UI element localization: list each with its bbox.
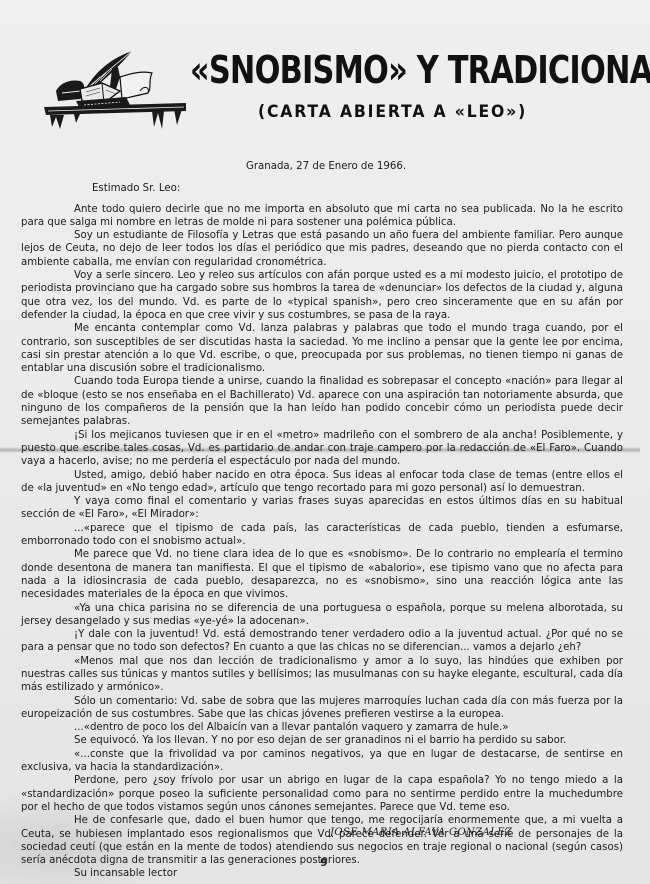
paragraph: Y vaya como final el comentario y varias…: [21, 495, 623, 522]
article-header: «SNOBISMO» Y TRADICIONALISMO (CARTA ABIE…: [40, 42, 640, 132]
quote-paragraph: «Menos mal que nos dan lección de tradic…: [21, 655, 623, 695]
letter-closing: Su incansable lector: [74, 867, 623, 880]
paragraph: Voy a serle sincero. Leo y releo sus art…: [21, 269, 623, 322]
quote-paragraph: «Ya una chica parisina no se diferencia …: [21, 602, 623, 629]
paragraph: Me encanta contemplar como Vd. lanza pal…: [21, 322, 623, 375]
paragraph: Se equivocó. Ya los llevan. Y no por eso…: [21, 734, 623, 747]
paragraph: Perdone, pero ¿soy frívolo por usar un a…: [21, 774, 623, 814]
author-signature: JOSE MARIA ALFAYA GONZALEZ: [330, 827, 512, 838]
article-subtitle: (CARTA ABIERTA A «LEO»): [258, 102, 527, 122]
paragraph: Ante todo quiero decirle que no me impor…: [21, 203, 623, 230]
paragraph: ¡Y dale con la juventud! Vd. está demost…: [21, 628, 623, 655]
paragraph: Sólo un comentario: Vd. sabe de sobra qu…: [21, 695, 623, 722]
quote-paragraph: ...«parece que el tipismo de cada país, …: [21, 522, 623, 549]
article-title: «SNOBISMO» Y TRADICIONALISMO: [190, 50, 542, 90]
paragraph: Soy un estudiante de Filosofía y Letras …: [21, 229, 623, 269]
quote-paragraph: ...«dentro de poco los del Albaicín van …: [21, 721, 623, 734]
letter-date: Granada, 27 de Enero de 1966.: [21, 160, 623, 173]
letter-body: Granada, 27 de Enero de 1966. Estimado S…: [21, 160, 623, 881]
paragraph: Me parece que Vd. no tiene clara idea de…: [21, 548, 623, 601]
page-number: 9: [320, 856, 328, 869]
quote-paragraph: «...conste que la frivolidad va por cami…: [21, 748, 623, 775]
quill-books-illustration-icon: [40, 47, 190, 132]
magazine-page: «SNOBISMO» Y TRADICIONALISMO (CARTA ABIE…: [0, 0, 650, 884]
paragraph: ¡Si los mejicanos tuviesen que ir en el …: [21, 429, 623, 469]
paragraph: Usted, amigo, debió haber nacido en otra…: [21, 469, 623, 496]
paragraph: Cuando toda Europa tiende a unirse, cuan…: [21, 375, 623, 428]
letter-salutation: Estimado Sr. Leo:: [92, 182, 623, 195]
